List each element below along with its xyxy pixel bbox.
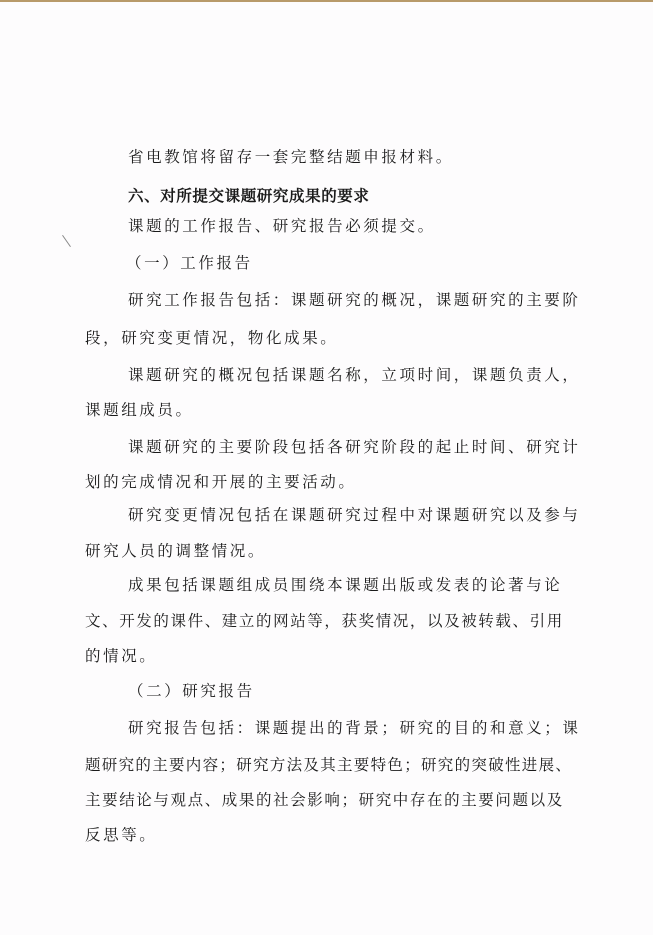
paragraph-line: 研究变更情况包括在课题研究过程中对课题研究以及参与 <box>128 505 581 525</box>
subsection-heading-work-report: （一）工作报告 <box>126 253 253 273</box>
paragraph-line: 题研究的主要内容；研究方法及其主要特色；研究的突破性进展、 <box>85 755 572 775</box>
paragraph-line: 课题研究的概况包括课题名称，立项时间，课题负责人， <box>128 365 581 385</box>
paragraph-line: 研究人员的调整情况。 <box>85 541 266 561</box>
paragraph-line: 段，研究变更情况，物化成果。 <box>85 328 338 348</box>
paragraph-line: 划的完成情况和开展的主要活动。 <box>85 472 357 492</box>
paragraph-line: 课题研究的主要阶段包括各研究阶段的起止时间、研究计 <box>128 437 581 457</box>
paragraph-line: 课题组成员。 <box>85 400 194 420</box>
paragraph-line-archive: 省电教馆将留存一套完整结题申报材料。 <box>128 147 454 167</box>
paragraph-line: 课题的工作报告、研究报告必须提交。 <box>128 216 436 236</box>
paragraph-line: 研究报告包括：课题提出的背景；研究的目的和意义；课 <box>128 718 581 738</box>
paragraph-line: 主要结论与观点、成果的社会影响；研究中存在的主要问题以及 <box>85 790 564 810</box>
paragraph-line: 反思等。 <box>85 825 157 845</box>
paragraph-line: 研究工作报告包括：课题研究的概况，课题研究的主要阶 <box>128 290 581 310</box>
section-heading-six: 六、对所提交课题研究成果的要求 <box>128 186 370 206</box>
paragraph-line: 成果包括课题组成员围绕本课题出版或发表的论著与论 <box>128 575 562 595</box>
paragraph-line: 文、开发的课件、建立的网站等，获奖情况，以及被转载、引用 <box>85 611 564 631</box>
document-page: 省电教馆将留存一套完整结题申报材料。 六、对所提交课题研究成果的要求 课题的工作… <box>0 0 653 935</box>
paragraph-line: 的情况。 <box>85 646 157 666</box>
subsection-heading-research-report: （二）研究报告 <box>128 681 255 701</box>
